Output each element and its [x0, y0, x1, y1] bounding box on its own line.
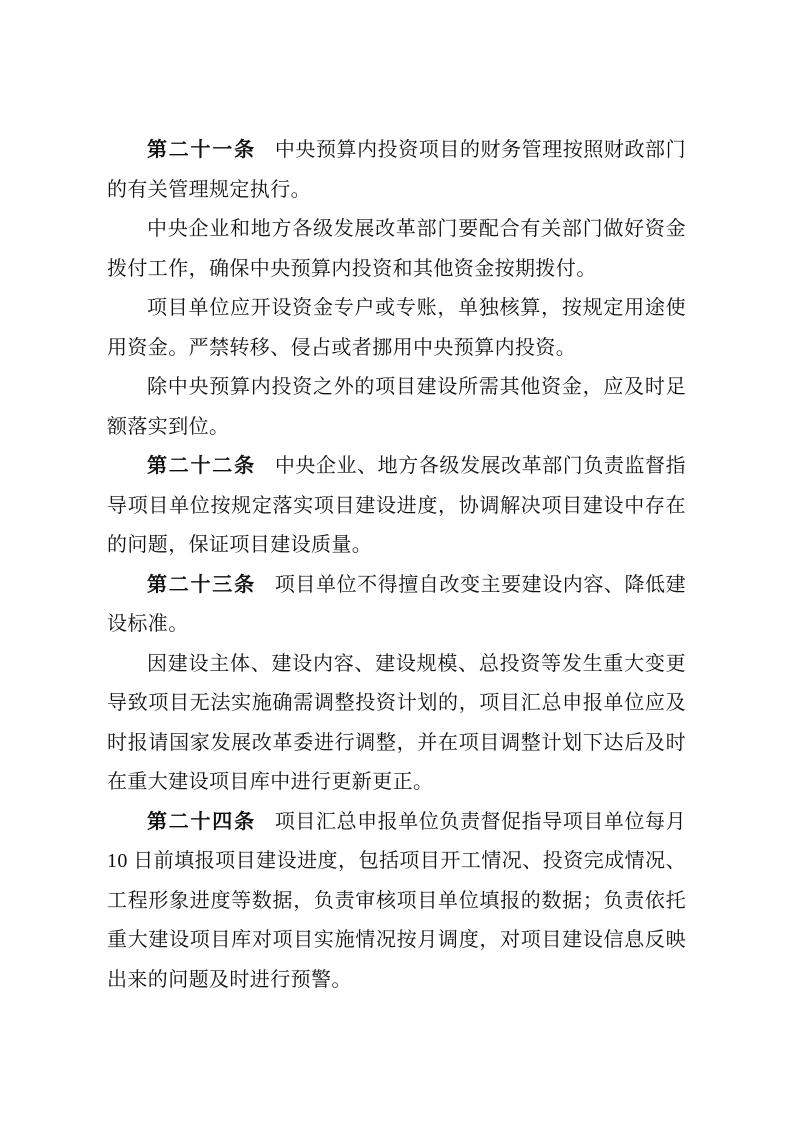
article-paragraph: 第二十四条项目汇总申报单位负责督促指导项目单位每月 10 日前填报项目建设进度，…	[107, 803, 686, 1001]
body-paragraph: 中央企业和地方各级发展改革部门要配合有关部门做好资金拨付工作，确保中央预算内投资…	[107, 210, 686, 289]
body-paragraph: 除中央预算内投资之外的项目建设所需其他资金，应及时足额落实到位。	[107, 368, 686, 447]
paragraph-text: 除中央预算内投资之外的项目建设所需其他资金，应及时足额落实到位。	[107, 376, 686, 438]
document-body-text: 第二十一条中央预算内投资项目的财务管理按照财政部门的有关管理规定执行。 中央企业…	[107, 131, 686, 1000]
article-number: 第二十三条	[147, 574, 256, 596]
article-paragraph: 第二十一条中央预算内投资项目的财务管理按照财政部门的有关管理规定执行。	[107, 131, 686, 210]
paragraph-text: 中央企业和地方各级发展改革部门要配合有关部门做好资金拨付工作，确保中央预算内投资…	[107, 218, 686, 280]
article-number: 第二十四条	[147, 811, 256, 833]
paragraph-text: 项目汇总申报单位负责督促指导项目单位每月 10 日前填报项目建设进度，包括项目开…	[107, 811, 686, 991]
body-paragraph: 项目单位应开设资金专户或专账，单独核算，按规定用途使用资金。严禁转移、侵占或者挪…	[107, 289, 686, 368]
article-number: 第二十二条	[147, 455, 256, 477]
article-number: 第二十一条	[147, 139, 256, 161]
article-paragraph: 第二十三条项目单位不得擅自改变主要建设内容、降低建设标准。	[107, 566, 686, 645]
body-paragraph: 因建设主体、建设内容、建设规模、总投资等发生重大变更导致项目无法实施确需调整投资…	[107, 645, 686, 803]
article-paragraph: 第二十二条中央企业、地方各级发展改革部门负责监督指导项目单位按规定落实项目建设进…	[107, 447, 686, 566]
paragraph-text: 项目单位应开设资金专户或专账，单独核算，按规定用途使用资金。严禁转移、侵占或者挪…	[107, 297, 686, 359]
document-page: 第二十一条中央预算内投资项目的财务管理按照财政部门的有关管理规定执行。 中央企业…	[0, 0, 793, 1122]
paragraph-text: 因建设主体、建设内容、建设规模、总投资等发生重大变更导致项目无法实施确需调整投资…	[107, 653, 686, 794]
